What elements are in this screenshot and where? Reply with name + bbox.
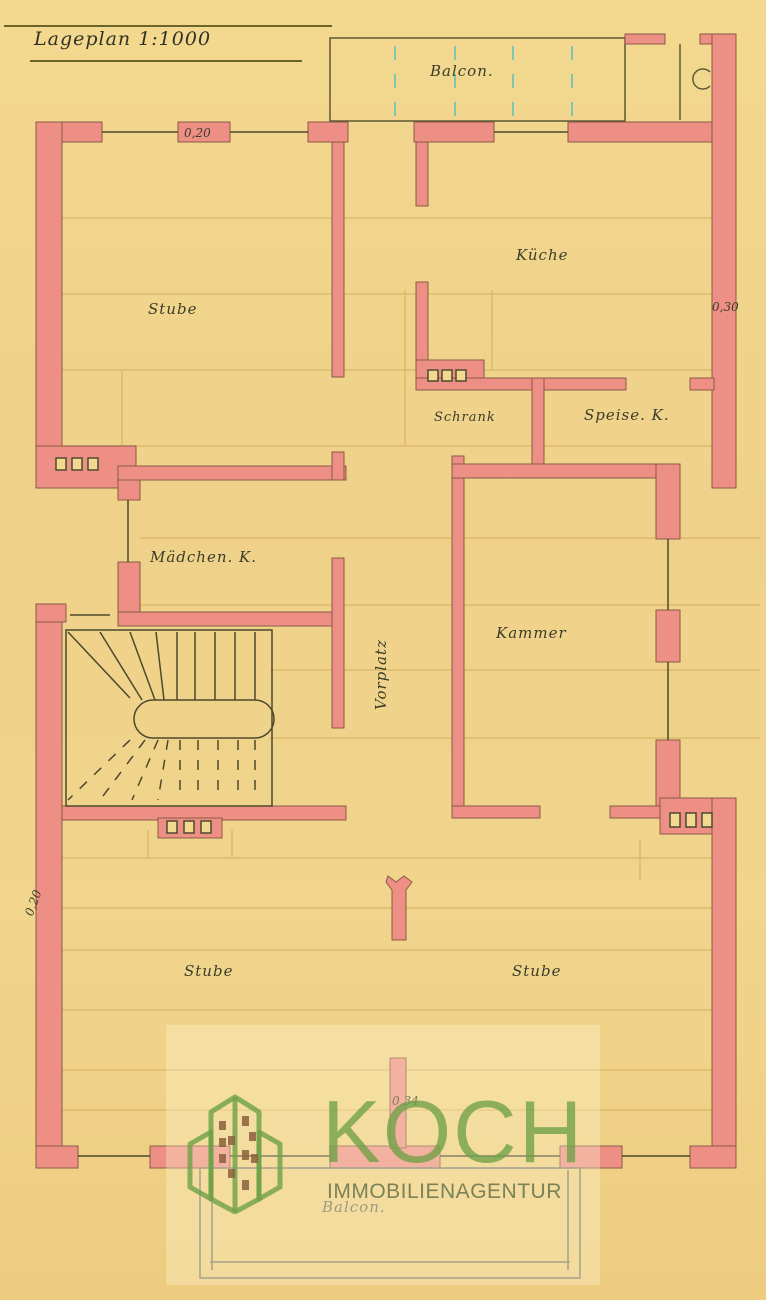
dimension-right-wall: 0,30 xyxy=(712,300,739,314)
plan-title: Lageplan 1:1000 xyxy=(34,28,211,50)
room-label-balcon-top: Balcon. xyxy=(430,62,494,80)
room-label-stube-bottom-left: Stube xyxy=(184,962,233,980)
room-label-speise-kammer: Speise. K. xyxy=(584,406,670,424)
walls xyxy=(36,34,736,1168)
room-label-vorplatz: Vorplatz xyxy=(372,639,390,710)
staircase xyxy=(66,630,274,806)
room-label-stube-top-left: Stube xyxy=(148,300,197,318)
pencil-grid-lines xyxy=(62,218,760,1110)
room-label-stube-bottom-right: Stube xyxy=(512,962,561,980)
room-label-kueche: Küche xyxy=(516,246,568,264)
room-label-schrank: Schrank xyxy=(434,410,496,425)
building-icon xyxy=(186,1094,286,1214)
toilet-room xyxy=(680,44,710,120)
watermark-brand-name: KOCH xyxy=(322,1088,584,1176)
chimney-flues xyxy=(56,370,712,833)
room-label-kammer: Kammer xyxy=(496,624,567,642)
room-label-maedchen-kammer: Mädchen. K. xyxy=(150,548,257,566)
watermark-subtitle: IMMOBILIENAGENTUR xyxy=(327,1180,562,1204)
dimension-top-window: 0,20 xyxy=(184,126,211,140)
